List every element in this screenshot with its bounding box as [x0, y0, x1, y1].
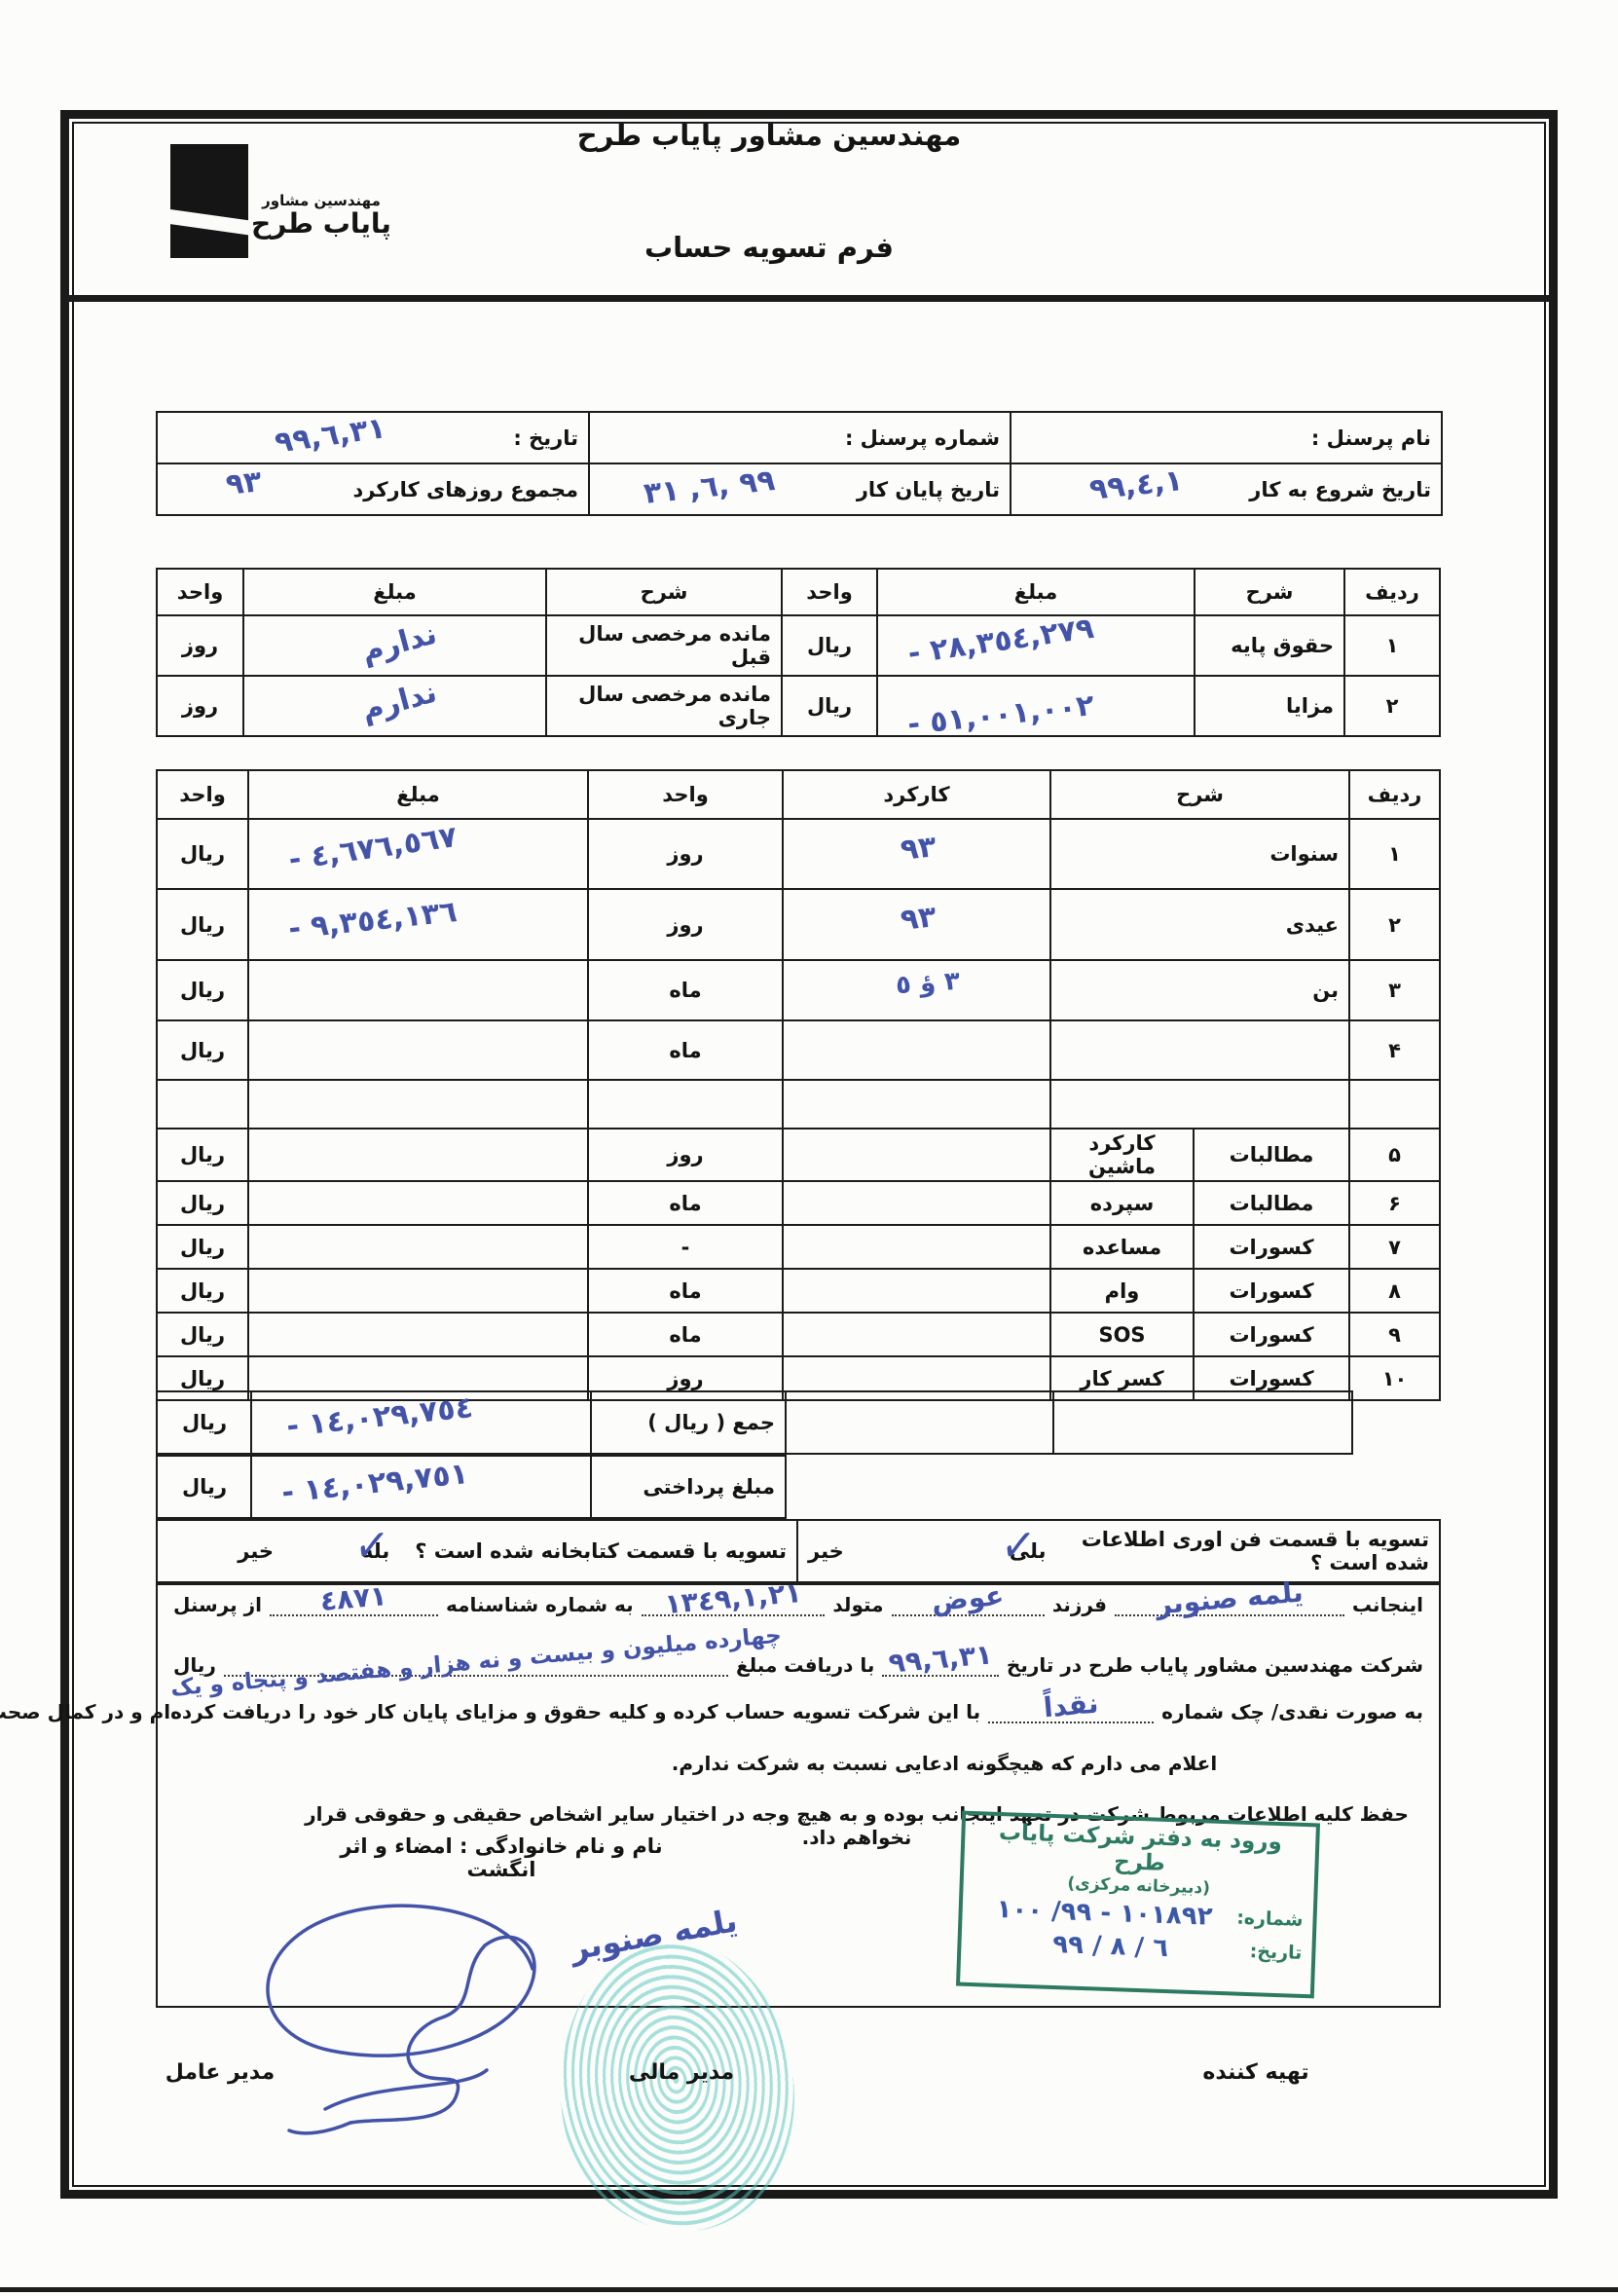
desc-cell: بن: [1050, 960, 1349, 1020]
category-cell: کسورات: [1194, 1269, 1349, 1313]
work-cell: [783, 1020, 1050, 1080]
header-divider: [66, 295, 1552, 302]
row-no-cell: ۸: [1349, 1269, 1440, 1313]
unit-cell: ماه: [588, 1181, 783, 1225]
dotted-line: ٤٨٧١: [270, 1593, 438, 1616]
personnel-info-table: نام پرسنل : شماره پرسنل : تاریخ : ٩٩,٦,٣…: [156, 411, 1443, 516]
work-cell: [783, 1129, 1050, 1181]
handwritten-id-number: ٤٨٧١: [319, 1579, 388, 1617]
statement-line-4: اعلام می دارم که هیچگونه ادعایی نسبت به …: [173, 1752, 1423, 1775]
table-row: تاریخ شروع به کار ٩٩,٤,١ تاریخ پایان کار…: [157, 463, 1442, 515]
paid-row: مبلغ پرداختی ١٤,٠٢٩,٧٥١ - ریال: [156, 1455, 787, 1519]
handwritten-work: ٩٣: [899, 900, 938, 938]
logo-slash: [170, 207, 248, 236]
unit-cell: ریال: [782, 615, 877, 676]
amount-cell: ٥١,٠٠١,٠٠٢ -: [877, 676, 1195, 736]
col-desc: شرح: [1195, 569, 1344, 615]
table-row: ۹ کسورات SOS ماه ریال: [157, 1313, 1440, 1356]
work-cell: ٩٣: [783, 889, 1050, 960]
desc-cell: عیدی: [1050, 889, 1349, 960]
col-unit: واحد: [588, 770, 783, 819]
total-label-cell: جمع ( ریال ): [590, 1392, 785, 1453]
row-no-cell: ۲: [1349, 889, 1440, 960]
paid-label-cell: مبلغ پرداختی: [590, 1457, 785, 1517]
company-logo-icon: [170, 144, 248, 258]
dotted-line: عوض: [892, 1593, 1045, 1616]
lib-no-option: خیر: [238, 1539, 274, 1563]
row-no-cell: ۷: [1349, 1225, 1440, 1269]
company-title: مهندسین مشاور پایاب طرح: [574, 119, 964, 152]
form-title: فرم تسویه حساب: [613, 231, 925, 264]
unit2-cell: ریال: [157, 889, 248, 960]
empty-cell: [1050, 1080, 1349, 1129]
desc2-cell: مانده مرخصی سال جاری: [546, 676, 782, 736]
library-clearance-cell: تسویه با قسمت کتابخانه شده است ؟ بله ✓ خ…: [159, 1521, 796, 1581]
end-date-cell: تاریخ پایان کار ٩٩ ,٦, ٣١: [589, 463, 1011, 515]
handwritten-work-days: ٩٣: [224, 464, 263, 502]
unit2-cell: ریال: [157, 819, 248, 889]
handwritten-stamp-date: ٦ / ٨ / ٩٩: [971, 1927, 1250, 1966]
paid-unit-cell: ریال: [159, 1457, 250, 1517]
row-no-cell: ۹: [1349, 1313, 1440, 1356]
desc-cell: سنوات: [1050, 819, 1349, 889]
table-row: ۷ کسورات مساعده - ریال: [157, 1225, 1440, 1269]
row-no-cell: ۶: [1349, 1181, 1440, 1225]
handwritten-father-name: عوض: [931, 1579, 1006, 1617]
col-unit: واحد: [782, 569, 877, 615]
col-amount: مبلغ: [877, 569, 1195, 615]
col-work: کارکرد: [783, 770, 1050, 819]
handwritten-amount: ٢٨,٣٥٤,٢٧٩ -: [905, 611, 1095, 671]
scan-edge-line: [0, 2287, 1618, 2292]
category-cell: مطالبات: [1194, 1129, 1349, 1181]
amount-cell: [248, 1181, 588, 1225]
table-row: ۴ ماه ریال: [157, 1020, 1440, 1080]
handwritten-payment-type: نقداً: [1043, 1687, 1100, 1724]
dotted-line: چهارده میلیون و بیست و نه هزار و هفتصد و…: [224, 1653, 728, 1677]
table-row: ۵ مطالبات کارکرد ماشین روز ریال: [157, 1129, 1440, 1181]
work-cell: ٩٣: [783, 819, 1050, 889]
scanned-settlement-form: مهندسین مشاور پایاب طرح فرم تسویه حساب م…: [0, 0, 1618, 2296]
ceo-label: مدیر عامل: [132, 2060, 308, 2085]
salary-header-row: ردیف شرح مبلغ واحد شرح مبلغ واحد: [157, 569, 1440, 615]
unit-cell: -: [588, 1225, 783, 1269]
work-cell: [783, 1269, 1050, 1313]
statement-line-2: شرکت مهندسین مشاور پایاب طرح در تاریخ ٩٩…: [173, 1653, 1423, 1677]
it-yes-option: بلی ✓: [1010, 1539, 1047, 1563]
handwritten-settle-date: ٩٩,٦,٣١: [888, 1638, 994, 1679]
stamp-number-label: شماره:: [1236, 1907, 1304, 1931]
amount-cell: [248, 1313, 588, 1356]
lib-yes-option: بله ✓: [361, 1539, 389, 1563]
row-no-cell: ۱: [1344, 615, 1440, 676]
unit-cell: ماه: [588, 1313, 783, 1356]
empty-cell: [785, 1392, 1052, 1453]
unit2-cell: ریال: [157, 960, 248, 1020]
handwritten-name: یلمه صنوبر: [1155, 1575, 1305, 1620]
library-question: تسویه با قسمت کتابخانه شده است ؟: [415, 1539, 787, 1563]
desc-cell: [1050, 1020, 1349, 1080]
paid-amount-cell: ١٤,٠٢٩,٧٥١ -: [250, 1457, 590, 1517]
unit-cell: ماه: [588, 960, 783, 1020]
desc-cell: کارکرد ماشین: [1050, 1129, 1194, 1181]
col-unit2: واحد: [157, 770, 248, 819]
date-cell: تاریخ : ٩٩,٦,٣١: [157, 412, 589, 463]
preparer-label: تهیه کننده: [1168, 2060, 1343, 2085]
work-cell: [783, 1181, 1050, 1225]
amount2-cell: ندارم: [243, 615, 546, 676]
table-row: ۳ بن ٣ ؤ ٥ ماه ریال: [157, 960, 1440, 1020]
personnel-number-cell: شماره پرسنل :: [589, 412, 1011, 463]
unit2-cell: روز: [157, 676, 243, 736]
amount-cell: [248, 1129, 588, 1181]
handwritten-amount: ٤,٦٧٦,٥٦٧ -: [286, 820, 459, 877]
finance-manager-label: مدیر مالی: [594, 2060, 769, 2085]
row-no-cell: ۱: [1349, 819, 1440, 889]
statement-line-3: به صورت نقدی/ چک شماره نقداً با این شرکت…: [173, 1700, 1423, 1723]
table-row: ۱ حقوق پایه ٢٨,٣٥٤,٢٧٩ - ریال مانده مرخص…: [157, 615, 1440, 676]
col-row-no: ردیف: [1344, 569, 1440, 615]
personnel-number-label: شماره پرسنل :: [845, 426, 1000, 450]
personnel-name-cell: نام پرسنل :: [1011, 412, 1442, 463]
stamp-date-label: تاریخ:: [1249, 1941, 1302, 1964]
unit-cell: روز: [588, 1129, 783, 1181]
empty-cell: [1052, 1392, 1351, 1453]
desc2-cell: مانده مرخصی سال قبل: [546, 615, 782, 676]
statement-line-1: اینجانب یلمه صنوبر فرزند عوض متولد ١٣٤٩,…: [173, 1593, 1423, 1616]
handwritten-nadaram: ندارم: [358, 616, 441, 669]
signature-ink: [236, 1871, 586, 2144]
amount-cell: [248, 1269, 588, 1313]
handwritten-work: ٣ ؤ ٥: [895, 967, 961, 1001]
col-row-no: ردیف: [1349, 770, 1440, 819]
table-row: ۱ سنوات ٩٣ روز ٤,٦٧٦,٥٦٧ - ریال: [157, 819, 1440, 889]
handwritten-start-date: ٩٩,٤,١: [1087, 463, 1184, 507]
handwritten-birth-date: ١٣٤٩,١,٢١: [663, 1576, 802, 1620]
empty-cell: [783, 1080, 1050, 1129]
dotted-line: ١٣٤٩,١,٢١: [642, 1593, 826, 1616]
it-question: تسویه با قسمت فن اوری اطلاعات شده است ؟: [1070, 1528, 1430, 1574]
handwritten-end-date: ٩٩ ,٦, ٣١: [643, 463, 777, 511]
unit-cell: روز: [588, 889, 783, 960]
total-amount-cell: ١٤,٠٢٩,٧٥٤ -: [250, 1392, 590, 1453]
handwritten-amount: ٩,٣٥٤,١٣٦ -: [287, 895, 460, 946]
unit-cell: ماه: [588, 1020, 783, 1080]
total-unit-cell: ریال: [159, 1392, 250, 1453]
logo-text: مهندسین مشاور پایاب طرح: [248, 194, 394, 238]
desc-cell: مساعده: [1050, 1225, 1194, 1269]
registry-stamp: ورود به دفتر شرکت پایاب طرح (دبیرخانه مر…: [956, 1811, 1320, 1999]
work-cell: ٣ ؤ ٥: [783, 960, 1050, 1020]
empty-cell: [157, 1080, 248, 1129]
col-desc: شرح: [1050, 770, 1349, 819]
unit2-cell: ریال: [157, 1020, 248, 1080]
row-no-cell: ۵: [1349, 1129, 1440, 1181]
table-row: ۶ مطالبات سپرده ماه ریال: [157, 1181, 1440, 1225]
handwritten-work: ٩٣: [899, 830, 938, 868]
empty-cell: [1349, 1080, 1440, 1129]
unit2-cell: روز: [157, 615, 243, 676]
unit2-cell: ریال: [157, 1313, 248, 1356]
start-date-label: تاریخ شروع به کار: [1249, 478, 1431, 501]
row-no-cell: ۴: [1349, 1020, 1440, 1080]
unit2-cell: ریال: [157, 1269, 248, 1313]
checkmark-icon: ✓: [351, 1516, 391, 1576]
personnel-name-label: نام پرسنل :: [1311, 426, 1431, 450]
table-row: ۲ عیدی ٩٣ روز ٩,٣٥٤,١٣٦ - ریال: [157, 889, 1440, 960]
table-row: ۸ کسورات وام ماه ریال: [157, 1269, 1440, 1313]
unit2-cell: ریال: [157, 1181, 248, 1225]
table-row: ۲ مزایا ٥١,٠٠١,٠٠٢ - ریال مانده مرخصی سا…: [157, 676, 1440, 736]
desc-cell: وام: [1050, 1269, 1194, 1313]
desc-cell: حقوق پایه: [1195, 615, 1344, 676]
desc-cell: سپرده: [1050, 1181, 1194, 1225]
it-clearance-cell: تسویه با قسمت فن اوری اطلاعات شده است ؟ …: [796, 1521, 1439, 1581]
it-no-option: خیر: [808, 1539, 844, 1563]
handwritten-date: ٩٩,٦,٣١: [273, 411, 387, 461]
row-no-cell: ۳: [1349, 960, 1440, 1020]
row-no-cell: ۱۰: [1349, 1356, 1440, 1400]
dotted-line: یلمه صنوبر: [1115, 1593, 1344, 1616]
amount-cell: [248, 1020, 588, 1080]
dotted-line: نقداً: [988, 1700, 1154, 1723]
amount2-cell: ندارم: [243, 676, 546, 736]
benefits-table: ردیف شرح کارکرد واحد مبلغ واحد ۱ سنوات ٩…: [156, 769, 1441, 1401]
salary-table: ردیف شرح مبلغ واحد شرح مبلغ واحد ۱ حقوق …: [156, 568, 1441, 737]
handwritten-stamp-number: ١٠١٨٩٢ - ٩٩/ ١٠٠: [972, 1894, 1237, 1932]
category-cell: کسورات: [1194, 1225, 1349, 1269]
col-unit2: واحد: [157, 569, 243, 615]
spacer-row: [157, 1080, 1440, 1129]
work-cell: [783, 1225, 1050, 1269]
amount-cell: [248, 960, 588, 1020]
handwritten-amount: ٥١,٠٠١,٠٠٢ -: [906, 688, 1096, 742]
work-cell: [783, 1313, 1050, 1356]
category-cell: کسورات: [1194, 1313, 1349, 1356]
amount-cell: [248, 1225, 588, 1269]
category-cell: مطالبات: [1194, 1181, 1349, 1225]
logo-line2: پایاب طرح: [248, 209, 394, 238]
stamp-date-row: تاریخ: ٦ / ٨ / ٩٩: [971, 1927, 1303, 1968]
desc-cell: مزایا: [1195, 676, 1344, 736]
handwritten-amount-words: چهارده میلیون و بیست و نه هزار و هفتصد و…: [169, 1623, 782, 1702]
amount-cell: ٢٨,٣٥٤,٢٧٩ -: [877, 615, 1195, 676]
amount-cell: ٩,٣٥٤,١٣٦ -: [248, 889, 588, 960]
col-desc2: شرح: [546, 569, 782, 615]
unit-cell: روز: [588, 819, 783, 889]
handwritten-paid: ١٤,٠٢٩,٧٥١ -: [280, 1457, 470, 1510]
table-row: نام پرسنل : شماره پرسنل : تاریخ : ٩٩,٦,٣…: [157, 412, 1442, 463]
col-amount: مبلغ: [248, 770, 588, 819]
handwritten-nadaram: ندارم: [358, 675, 441, 727]
unit2-cell: ریال: [157, 1225, 248, 1269]
work-days-cell: مجموع روزهای کارکرد ٩٣: [157, 463, 589, 515]
start-date-cell: تاریخ شروع به کار ٩٩,٤,١: [1011, 463, 1442, 515]
desc-cell: SOS: [1050, 1313, 1194, 1356]
unit-cell: ریال: [782, 676, 877, 736]
dotted-line: ٩٩,٦,٣١: [882, 1653, 999, 1677]
checkmark-icon: ✓: [998, 1516, 1038, 1576]
work-days-label: مجموع روزهای کارکرد: [352, 478, 578, 501]
col-amount2: مبلغ: [243, 569, 546, 615]
unit2-cell: ریال: [157, 1129, 248, 1181]
handwritten-total: ١٤,٠٢٩,٧٥٤ -: [285, 1390, 475, 1444]
amount-cell: ٤,٦٧٦,٥٦٧ -: [248, 819, 588, 889]
unit-cell: ماه: [588, 1269, 783, 1313]
total-row: جمع ( ریال ) ١٤,٠٢٩,٧٥٤ - ریال: [156, 1390, 1353, 1455]
benefits-header-row: ردیف شرح کارکرد واحد مبلغ واحد: [157, 770, 1440, 819]
end-date-label: تاریخ پایان کار: [857, 478, 1000, 501]
row-no-cell: ۲: [1344, 676, 1440, 736]
clearance-row: تسویه با قسمت فن اوری اطلاعات شده است ؟ …: [156, 1519, 1441, 1583]
empty-cell: [588, 1080, 783, 1129]
empty-cell: [248, 1080, 588, 1129]
date-label: تاریخ :: [513, 426, 578, 450]
